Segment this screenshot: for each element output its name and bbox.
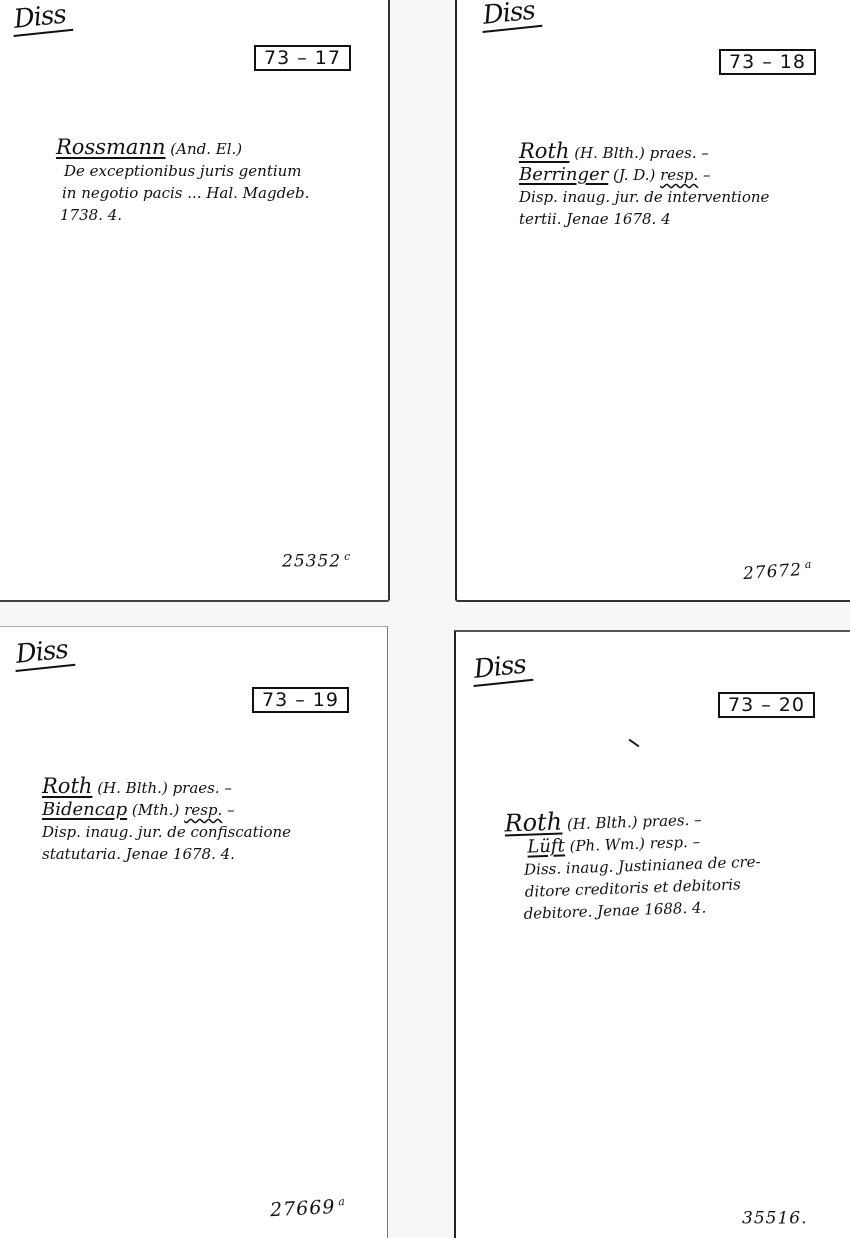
author-detail: (And. El.) — [170, 140, 242, 158]
entry-line: tertii. Jenae 1678. 4 — [519, 208, 769, 230]
respondent-name: Lüft — [527, 835, 565, 857]
respondent-detail: (Mth.) — [132, 801, 180, 819]
entry-line: Disp. inaug. jur. de interventione — [519, 186, 769, 208]
catalog-card-73-18: Diss 73 – 18 Roth (H. Blth.) praes. – Be… — [455, 0, 850, 602]
praeses-detail: (H. Blth.) praes. – — [97, 779, 232, 797]
accession-suffix: c — [344, 550, 351, 563]
accession-value: 27672 — [742, 560, 802, 584]
accession-value: 35516. — [742, 1209, 807, 1229]
call-number: 73 – 17 — [254, 45, 351, 71]
praeses-detail: (H. Blth.) praes. – — [574, 144, 709, 162]
catalog-entry: Roth (H. Blth.) praes. – Bidencap (Mth.)… — [42, 775, 291, 865]
catalog-entry: Rossmann (And. El.) De exceptionibus jur… — [56, 136, 309, 226]
respondent-role: resp. – — [649, 833, 700, 853]
praeses-name: Roth — [42, 774, 92, 798]
accession-value: 25352 — [282, 552, 341, 572]
author-name: Rossmann — [56, 135, 166, 159]
diss-mark: Diss — [11, 1, 74, 37]
respondent-role: resp. — [184, 801, 222, 819]
stray-mark — [629, 739, 640, 748]
respondent-name: Bidencap — [42, 799, 127, 820]
diss-mark: Diss — [13, 636, 76, 672]
diss-mark: Diss — [471, 651, 534, 687]
catalog-card-73-19: Diss 73 – 19 Roth (H. Blth.) praes. – Bi… — [0, 626, 388, 1238]
catalog-card-73-20: Diss 73 – 20 Roth (H. Blth.) praes. – Lü… — [454, 630, 850, 1238]
respondent-detail: (J. D.) — [613, 166, 655, 184]
respondent-detail: (Ph. Wm.) — [569, 835, 645, 856]
respondent-role: resp. — [660, 166, 698, 184]
respondent-line: Bidencap (Mth.) resp. – — [42, 799, 291, 821]
respondent-name: Berringer — [519, 164, 608, 185]
diss-mark: Diss — [480, 0, 543, 33]
heading-line: Rossmann (And. El.) — [56, 136, 309, 160]
entry-line: in negotio pacis ... Hal. Magdeb. — [62, 182, 309, 204]
accession-suffix: a — [804, 558, 812, 571]
entry-line: statutaria. Jenae 1678. 4. — [42, 843, 291, 865]
accession-number: 35516. — [742, 1207, 810, 1229]
accession-number: 25352c — [282, 550, 351, 572]
accession-number: 27669a — [269, 1195, 346, 1221]
praeses-name: Roth — [519, 139, 569, 163]
call-number: 73 – 19 — [252, 687, 349, 713]
respondent-line: Berringer (J. D.) resp. – — [519, 164, 769, 186]
heading-line: Roth (H. Blth.) praes. – — [519, 140, 769, 164]
entry-line: 1738. 4. — [60, 204, 309, 226]
call-number: 73 – 20 — [718, 692, 815, 718]
entry-line: Disp. inaug. jur. de confiscatione — [42, 821, 291, 843]
catalog-entry: Roth (H. Blth.) praes. – Lüft (Ph. Wm.) … — [504, 804, 762, 926]
accession-suffix: a — [338, 1195, 346, 1208]
entry-line: De exceptionibus juris gentium — [64, 160, 309, 182]
praeses-detail: (H. Blth.) praes. – — [567, 811, 702, 834]
catalog-card-73-17: Diss 73 – 17 Rossmann (And. El.) De exce… — [0, 0, 390, 602]
praeses-name: Roth — [504, 807, 563, 837]
heading-line: Roth (H. Blth.) praes. – — [42, 775, 291, 799]
accession-value: 27669 — [269, 1196, 336, 1221]
call-number: 73 – 18 — [719, 49, 816, 75]
catalog-entry: Roth (H. Blth.) praes. – Berringer (J. D… — [519, 140, 769, 230]
accession-number: 27672a — [742, 558, 813, 584]
